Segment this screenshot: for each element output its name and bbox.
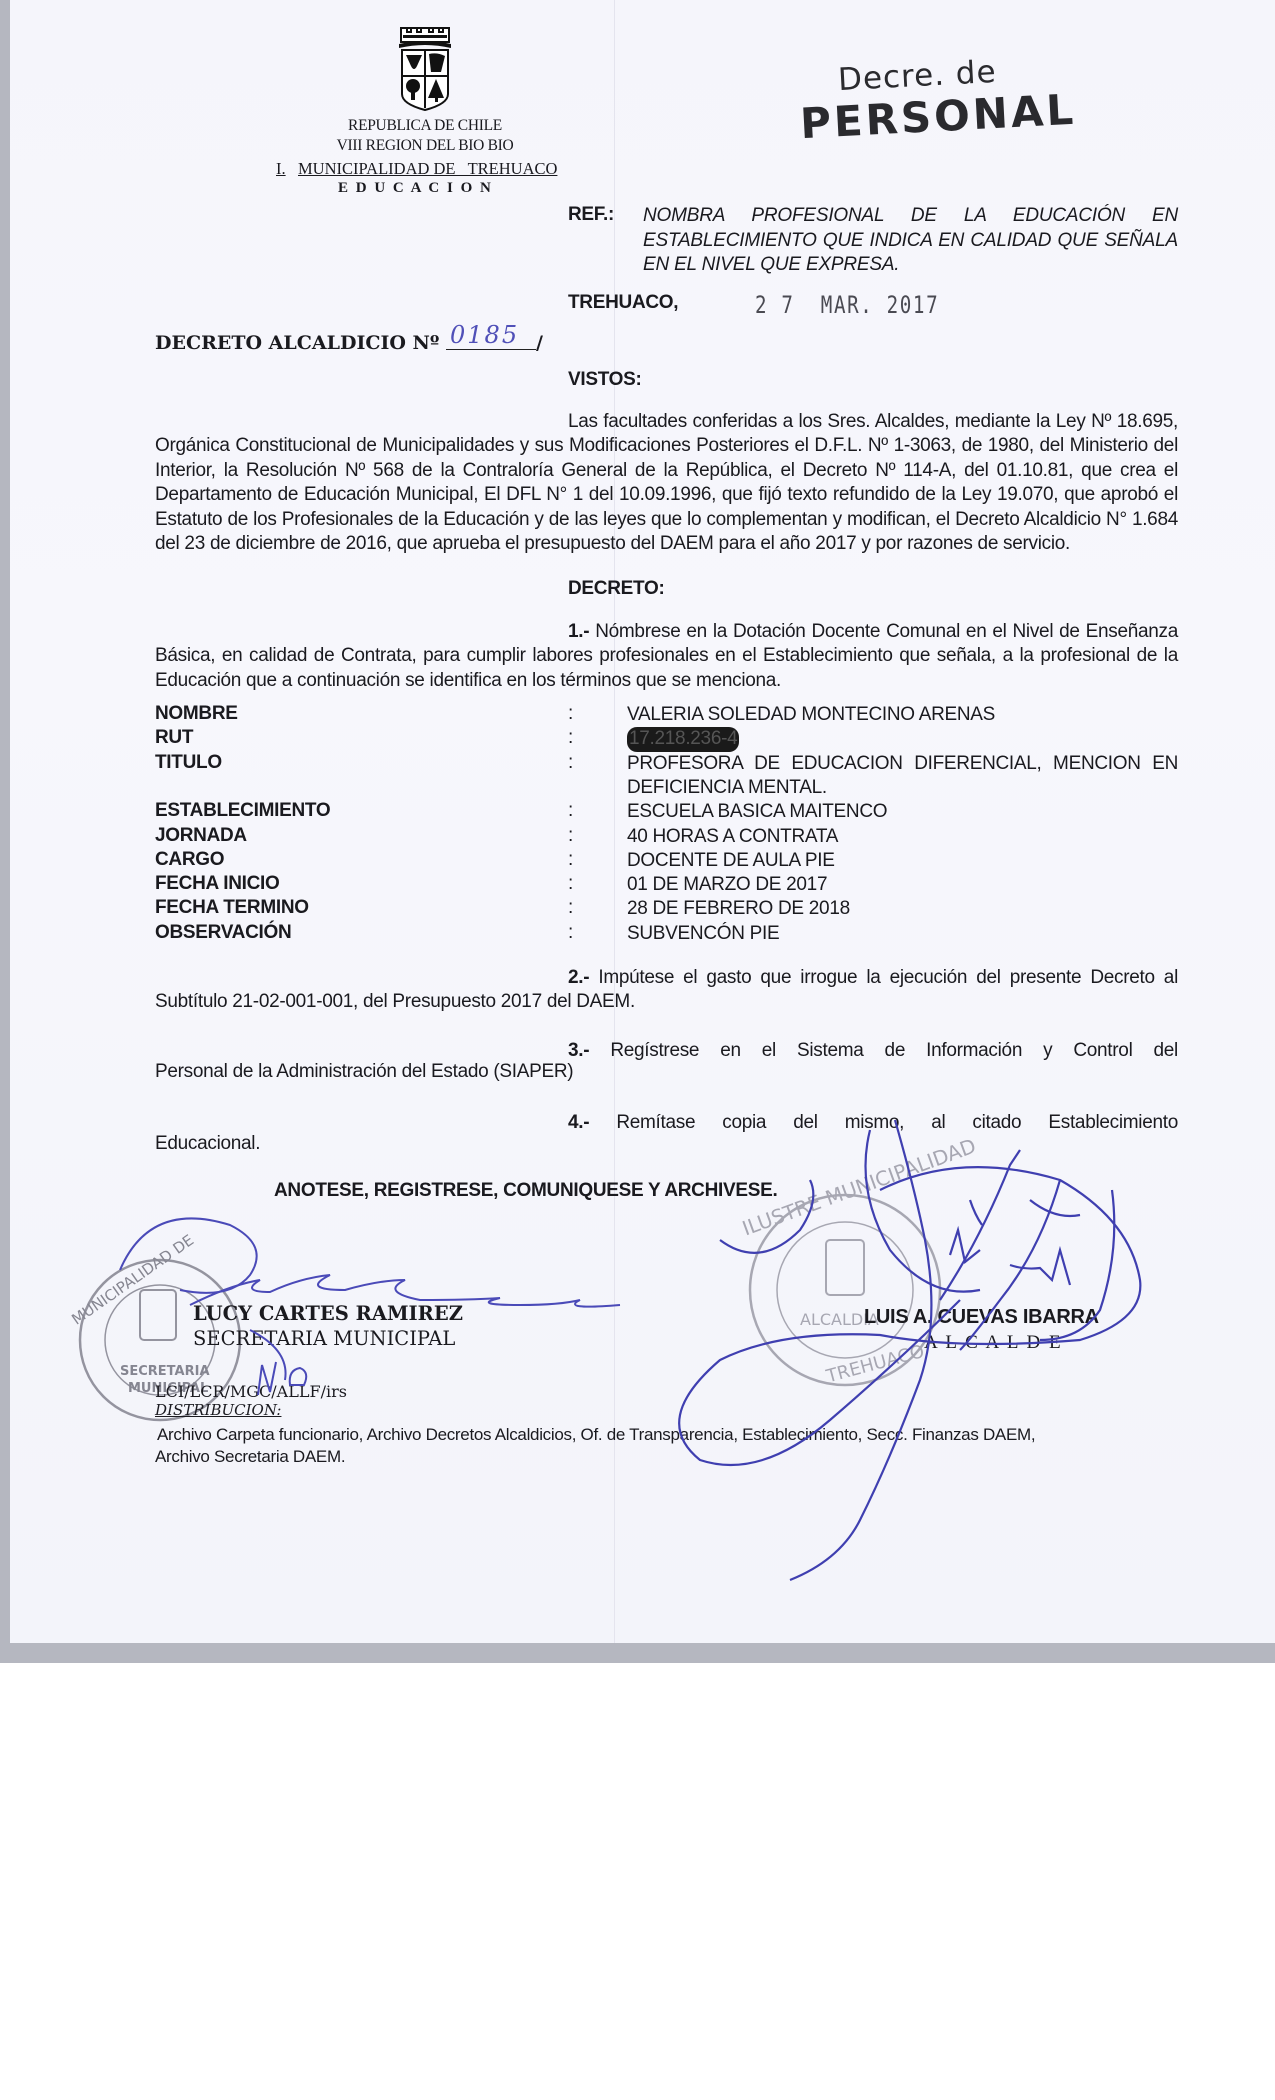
header-department: E D U C A C I O N: [338, 180, 493, 197]
field-value: VALERIA SOLEDAD MONTECINO ARENAS: [627, 703, 1178, 728]
reference-initials: LCI/LCR/MGC/ALLF/irs: [155, 1382, 347, 1401]
field-separator: :: [568, 752, 573, 774]
field-row-observaci-n: OBSERVACIÓN:SUBVENCÓN PIE: [155, 922, 1178, 946]
field-row-rut: RUT:17.218.236-4: [155, 727, 1178, 751]
field-value-redacted: 17.218.236-4: [627, 727, 739, 752]
field-value: ESCUELA BASICA MAITENCO: [627, 800, 1178, 825]
decree-item-1: 1.- Nómbrese en la Dotación Docente Comu…: [155, 620, 1178, 693]
field-label: JORNADA: [155, 825, 247, 847]
item-4-number: 4.-: [568, 1112, 589, 1133]
field-label: FECHA TERMINO: [155, 897, 309, 919]
municipality-name: MUNICIPALIDAD DE TREHUACO: [298, 159, 557, 178]
decree-number-line: DECRETO ALCALDICIO Nº 0185/: [155, 327, 543, 356]
distribution-line-2: Archivo Secretaria DAEM.: [155, 1447, 345, 1467]
municipality-prefix: I.: [276, 159, 286, 178]
item-3-line-2: Personal de la Administración del Estado…: [155, 1061, 573, 1083]
distribution-heading: DISTRIBUCION:: [155, 1401, 281, 1419]
field-separator: :: [568, 922, 573, 944]
field-separator: :: [568, 897, 573, 919]
field-value: 01 DE MARZO DE 2017: [627, 873, 1178, 898]
field-label: NOMBRE: [155, 703, 238, 725]
field-label: CARGO: [155, 849, 224, 871]
closing-formula: ANOTESE, REGISTRESE, COMUNIQUESE Y ARCHI…: [274, 1180, 777, 1202]
field-label: OBSERVACIÓN: [155, 922, 291, 944]
field-separator: :: [568, 727, 573, 749]
item-2-number: 2.-: [568, 967, 589, 988]
field-separator: :: [568, 703, 573, 725]
header-municipality: I. MUNICIPALIDAD DE TREHUACO: [276, 159, 557, 179]
item-2-text: Impútese el gasto que irrogue la ejecuci…: [155, 967, 1178, 1012]
coat-of-arms-icon: [393, 26, 457, 112]
ref-text: NOMBRA PROFESIONAL DE LA EDUCACIÓN EN ES…: [643, 204, 1178, 278]
field-row-fecha-termino: FECHA TERMINO:28 DE FEBRERO DE 2018: [155, 897, 1178, 921]
field-label: TITULO: [155, 752, 222, 774]
field-separator: :: [568, 849, 573, 871]
field-row-jornada: JORNADA:40 HORAS A CONTRATA: [155, 825, 1178, 849]
header-country: REPUBLICA DE CHILE: [300, 117, 550, 135]
item-1-text: Nómbrese en la Dotación Docente Comunal …: [155, 621, 1178, 691]
field-value: SUBVENCÓN PIE: [627, 922, 1178, 947]
secretary-title: SECRETARIA MUNICIPAL: [193, 1327, 455, 1350]
mayor-name: LUIS A. CUEVAS IBARRA: [864, 1306, 1099, 1329]
date-stamp: 2 7 MAR. 2017: [755, 291, 939, 319]
field-label: FECHA INICIO: [155, 873, 279, 895]
field-row-fecha-inicio: FECHA INICIO:01 DE MARZO DE 2017: [155, 873, 1178, 897]
decree-item-3-line-1: 3.- Regístrese en el Sistema de Informac…: [155, 1039, 1178, 1063]
ref-label: REF.:: [568, 204, 614, 226]
item-3-line-1: Regístrese en el Sistema de Información …: [610, 1040, 1178, 1061]
mayor-title: A L C A L D E: [924, 1332, 1063, 1354]
field-row-establecimiento: ESTABLECIMIENTO:ESCUELA BASICA MAITENCO: [155, 800, 1178, 824]
vistos-heading: VISTOS:: [568, 369, 642, 391]
decree-item-4-line-1: 4.- Remítase copia del mismo, al citado …: [155, 1111, 1178, 1135]
decree-number-handwritten: 0185: [446, 321, 536, 350]
item-1-number: 1.-: [568, 621, 589, 642]
decreto-heading: DECRETO:: [568, 578, 664, 600]
field-label: ESTABLECIMIENTO: [155, 800, 330, 822]
field-separator: :: [568, 873, 573, 895]
field-row-nombre: NOMBRE:VALERIA SOLEDAD MONTECINO ARENAS: [155, 703, 1178, 727]
item-4-line-1: Remítase copia del mismo, al citado Esta…: [616, 1112, 1178, 1133]
distribution-line-1: Archivo Carpeta funcionario, Archivo Dec…: [157, 1425, 1035, 1445]
field-separator: :: [568, 825, 573, 847]
field-value: DOCENTE DE AULA PIE: [627, 849, 1178, 874]
field-value: 40 HORAS A CONTRATA: [627, 825, 1178, 850]
field-label: RUT: [155, 727, 193, 749]
decree-number-suffix: /: [536, 332, 543, 354]
header-region: VIII REGION DEL BIO BIO: [300, 137, 550, 155]
item-4-line-2: Educacional.: [155, 1133, 260, 1155]
field-value: 28 DE FEBRERO DE 2018: [627, 897, 1178, 922]
field-separator: :: [568, 800, 573, 822]
vistos-text: Las facultades conferidas a los Sres. Al…: [155, 410, 1178, 556]
item-3-number: 3.-: [568, 1040, 589, 1061]
field-row-titulo: TITULO:PROFESORA DE EDUCACION DIFERENCIA…: [155, 752, 1178, 776]
place-label: TREHUACO,: [568, 292, 678, 314]
decree-item-2: 2.- Impútese el gasto que irrogue la eje…: [155, 966, 1178, 1015]
secretary-name: LUCY CARTES RAMIREZ: [193, 1302, 463, 1325]
decree-number-label: DECRETO ALCALDICIO Nº: [155, 332, 439, 354]
field-row-cargo: CARGO:DOCENTE DE AULA PIE: [155, 849, 1178, 873]
field-value: PROFESORA DE EDUCACION DIFERENCIAL, MENC…: [627, 752, 1178, 801]
